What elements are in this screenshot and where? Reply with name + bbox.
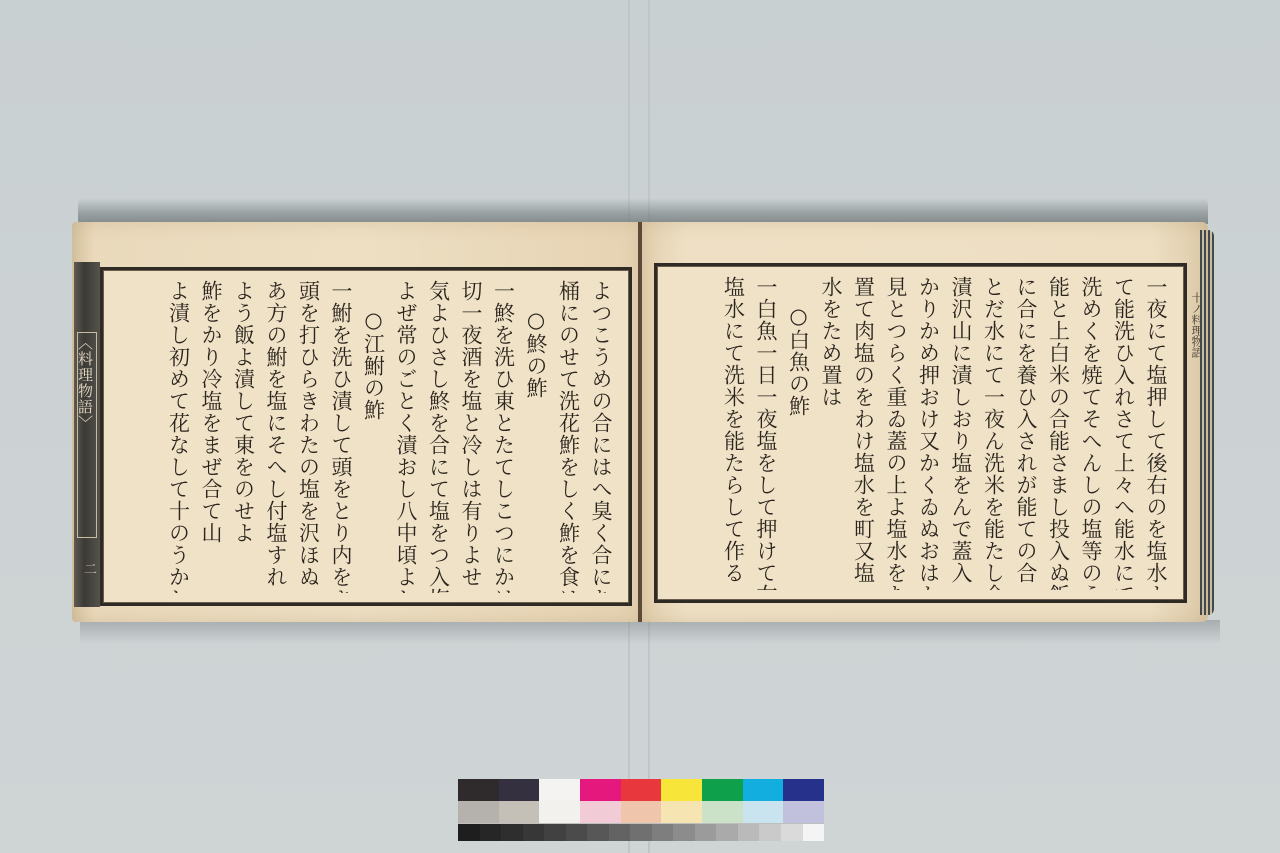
text-line: かりかめ押おけ又かくゐぬおはかれを [912,276,945,590]
right-page-text-frame: 一夜にて塩押して後右のを塩水よ て能洗ひ入れさて上々へ能水にて 洗めくを焼てそへ… [654,263,1187,603]
gray-swatch [480,824,502,841]
color-swatch [580,779,621,801]
text-line: よぜ常のごとく漬おし八中頃よし [390,280,423,593]
text-line: 気よひさし鮗を合にて塩をつ入塩よ [422,280,455,593]
section-heading: ○江鮒の鮓 [357,280,390,593]
text-line: 切一夜酒を塩と冷しは有りよせ [455,280,488,593]
gray-swatch [695,824,717,841]
text-line: 置て肉塩のをわけ塩水を町又塩 [847,276,880,590]
gray-swatch [501,824,523,841]
text-line: 塩水にて洗米を能たらして作る [717,276,750,590]
text-line: よう飯よ漬して東をのせよ [227,280,260,593]
open-book: 〈料理物語〉 二 よつこうめの合にはへ臭く合にちて变 桶にのせて洗花鮓をしく鮓を… [72,222,1212,626]
gray-swatch [630,824,652,841]
color-swatch [743,779,784,801]
page-edge-stack [1200,230,1214,615]
text-line: 鮓をかり冷塩をまぜ合て山 [195,280,228,593]
text-line: 桶にのせて洗花鮓をしく鮓を食はる [552,280,585,593]
color-swatch [621,779,662,801]
text-line: 能と上白米の合能さまし投入ぬ飯込 [1042,276,1075,590]
color-swatch [458,779,499,801]
spine-volume-number: 二 [79,562,98,575]
gray-swatch [673,824,695,841]
left-page: 〈料理物語〉 二 よつこうめの合にはへ臭く合にちて变 桶にのせて洗花鮓をしく鮓を… [72,222,640,622]
color-swatch [621,801,662,823]
color-patches-saturated [458,779,824,801]
color-swatch [702,779,743,801]
text-line: 水をため置は [815,276,848,590]
text-line: 一鮒を洗ひ漬して頭をとり内をさき [325,280,358,593]
text-line: に合にを養ひ入されが能ての合 [1010,276,1043,590]
text-line: 一夜にて塩押して後右のを塩水よ [1140,276,1173,590]
book-spine: 〈料理物語〉 二 [74,262,100,607]
book-top-shadow [78,198,1208,224]
color-swatch [580,801,621,823]
left-page-text: よつこうめの合にはへ臭く合にちて变 桶にのせて洗花鮓をしく鮓を食はる ○鮗の鮓 … [115,280,617,593]
color-swatch [539,779,580,801]
color-swatch [783,779,824,801]
color-swatch [783,801,824,823]
text-line: 頭を打ひらきわたの塩を沢ほぬ [292,280,325,593]
section-heading: ○鮗の鮓 [520,280,553,593]
gray-swatch [523,824,545,841]
spine-title-label: 〈料理物語〉 [77,332,97,538]
right-page: 一夜にて塩押して後右のを塩水よ て能洗ひ入れさて上々へ能水にて 洗めくを焼てそへ… [642,222,1208,622]
text-line: 漬沢山に漬しおり塩をんで蓋入 [945,276,978,590]
text-line: 一白魚一日一夜塩をして押けて右の [750,276,783,590]
color-calibration-target [458,779,824,841]
gray-swatch [781,824,803,841]
color-swatch [499,779,540,801]
text-line: とだ水にて一夜ん洗米を能たし合 [977,276,1010,590]
gray-swatch [587,824,609,841]
text-line: あ方の鮒を塩にそへし付塩すれ [260,280,293,593]
gray-swatch [458,824,480,841]
color-swatch [743,801,784,823]
color-patches-pastel [458,801,824,823]
gray-swatch [803,824,825,841]
gray-swatch [566,824,588,841]
text-line: 洗めくを焼てそへんしの塩等のうか [1075,276,1108,590]
color-swatch [458,801,499,823]
gray-swatch [652,824,674,841]
gray-swatch [544,824,566,841]
left-page-text-frame: よつこうめの合にはへ臭く合にちて变 桶にのせて洗花鮓をしく鮓を食はる ○鮗の鮓 … [100,267,632,606]
color-swatch [661,801,702,823]
section-heading: ○白魚の鮓 [782,276,815,590]
grayscale-strip [458,824,824,841]
text-line: よつこうめの合にはへ臭く合にちて变 [585,280,618,593]
text-line: 一鮗を洗ひ東とたてしこつにかけて鮗 [487,280,520,593]
color-swatch [661,779,702,801]
text-line: 見とつらく重ゐ蓋の上よ塩水をため [880,276,913,590]
color-swatch [539,801,580,823]
color-swatch [499,801,540,823]
gray-swatch [716,824,738,841]
gray-swatch [759,824,781,841]
gray-swatch [738,824,760,841]
text-line: て能洗ひ入れさて上々へ能水にて [1107,276,1140,590]
text-line: よ漬し初めて花なして十のうかし [162,280,195,593]
gray-swatch [609,824,631,841]
color-swatch [702,801,743,823]
right-page-text: 一夜にて塩押して後右のを塩水よ て能洗ひ入れさて上々へ能水にて 洗めくを焼てそへ… [669,276,1172,590]
